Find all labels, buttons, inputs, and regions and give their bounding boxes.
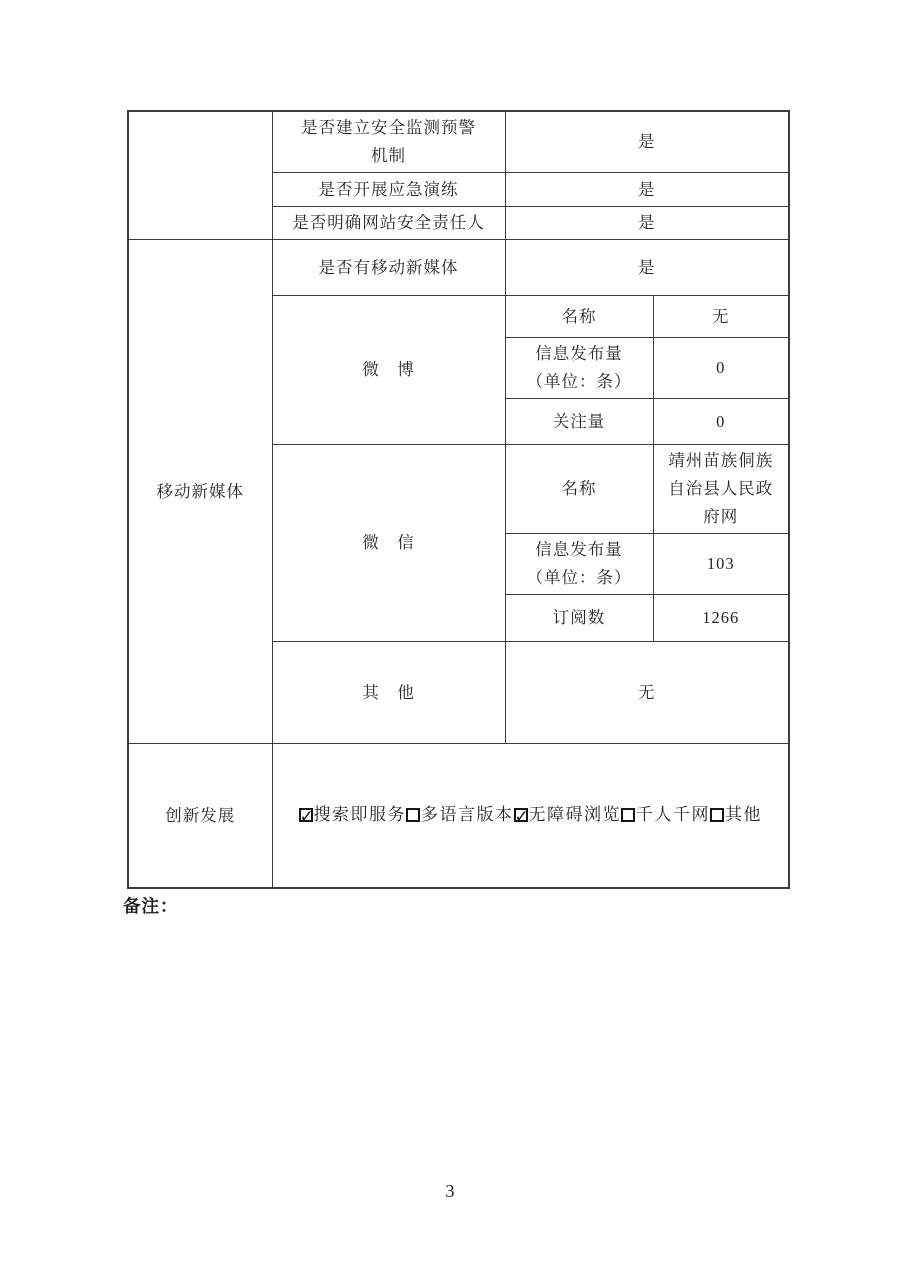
field-label-security-owner: 是否明确网站安全责任人 [272,207,505,240]
page-number: 3 [0,1181,900,1202]
section-innovation: 创新发展 [128,744,272,888]
field-value-weixin-subscribers: 1266 [653,595,789,642]
innovation-option: 搜索即服务 [299,801,407,830]
option-label: 多语言版本 [421,801,514,830]
option-label: 无障碍浏览 [529,801,622,830]
innovation-option: 其他 [710,801,762,830]
innovation-options-line: 搜索即服务 多语言版本 无障碍浏览 千人千网 [279,801,783,830]
checkbox-icon [621,808,635,822]
innovation-options-cell: 搜索即服务 多语言版本 无障碍浏览 千人千网 [272,744,789,888]
empty-section-cell [128,111,272,240]
field-value-weixin-name: 靖州苗族侗族 自治县人民政 府网 [653,445,789,534]
option-label: 搜索即服务 [314,801,407,830]
field-value-security-monitor: 是 [505,111,789,173]
group-label-other-media: 其 他 [272,642,505,744]
option-label: 千人千网 [636,801,710,830]
field-label-weixin-subscribers: 订阅数 [505,595,653,642]
checkbox-icon [710,808,724,822]
field-value-emergency-drill: 是 [505,173,789,207]
group-label-weixin: 微 信 [272,445,505,642]
notes-label: 备注： [123,893,179,918]
field-label-weixin-name: 名称 [505,445,653,534]
field-value-security-owner: 是 [505,207,789,240]
checkbox-icon [406,808,420,822]
field-label-weixin-posts: 信息发布量 （单位：条） [505,534,653,595]
option-label: 其他 [725,801,762,830]
field-value-weibo-name: 无 [653,296,789,338]
innovation-option: 千人千网 [621,801,710,830]
section-mobile-media: 移动新媒体 [128,240,272,744]
checkbox-icon [514,808,528,822]
field-label-has-mobile-media: 是否有移动新媒体 [272,240,505,296]
field-label-weibo-posts: 信息发布量 （单位：条） [505,338,653,399]
field-value-weixin-posts: 103 [653,534,789,595]
field-value-has-mobile-media: 是 [505,240,789,296]
checkbox-icon [299,808,313,822]
annual-report-table: 是否建立安全监测预警 机制 是 是否开展应急演练 是 是否明确网站安全责任人 是… [127,110,790,889]
field-value-weibo-posts: 0 [653,338,789,399]
document-page: 是否建立安全监测预警 机制 是 是否开展应急演练 是 是否明确网站安全责任人 是… [0,0,900,1272]
group-label-weibo: 微 博 [272,296,505,445]
innovation-option: 无障碍浏览 [514,801,622,830]
field-value-weibo-followers: 0 [653,399,789,445]
field-label-weibo-name: 名称 [505,296,653,338]
field-label-emergency-drill: 是否开展应急演练 [272,173,505,207]
innovation-option: 多语言版本 [406,801,514,830]
field-label-security-monitor: 是否建立安全监测预警 机制 [272,111,505,173]
field-label-weibo-followers: 关注量 [505,399,653,445]
field-value-other-media: 无 [505,642,789,744]
